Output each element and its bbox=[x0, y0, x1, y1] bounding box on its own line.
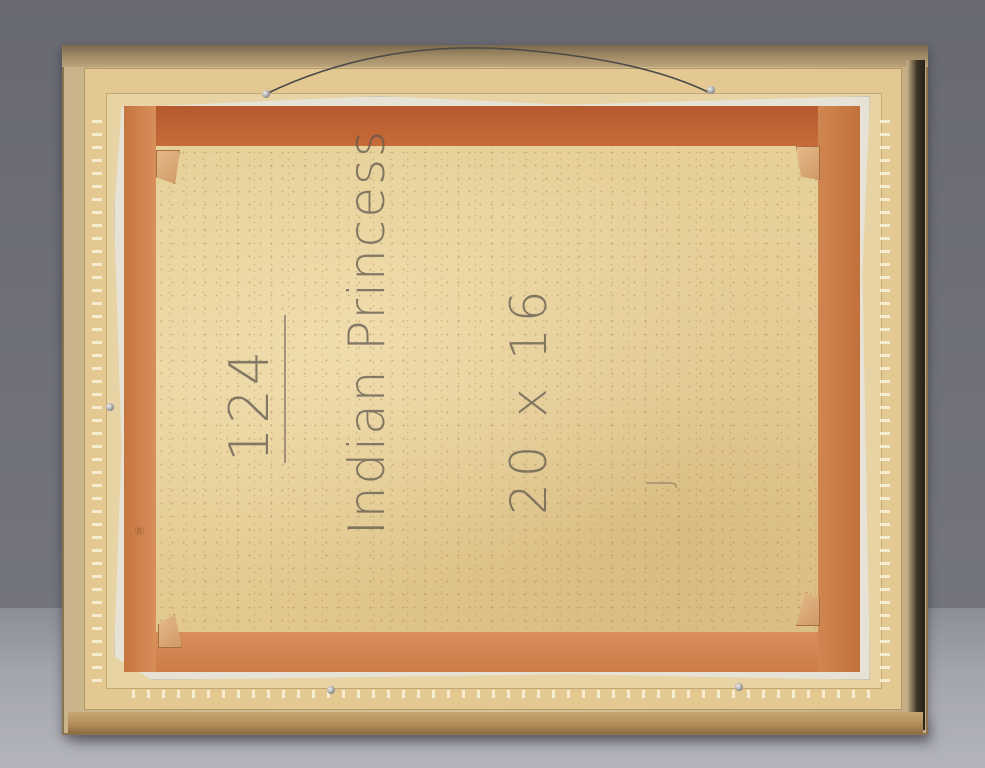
screw-bottom-right-icon bbox=[735, 683, 743, 691]
stretcher-stamp: Ⓦ bbox=[133, 526, 146, 535]
inscription-number: 124 bbox=[218, 347, 281, 462]
outer-frame-bottom-edge bbox=[68, 712, 923, 734]
inscription-size: 20 x 16 bbox=[500, 284, 558, 515]
stretcher-bar-top bbox=[124, 106, 836, 146]
outer-frame-right-edge bbox=[907, 60, 925, 730]
liner-ruler-marks-left bbox=[92, 110, 102, 690]
screw-bottom-left-icon bbox=[327, 686, 335, 694]
pencil-line bbox=[284, 315, 286, 463]
screw-eye-right-icon bbox=[707, 86, 715, 94]
stretcher-bar-left bbox=[124, 106, 156, 672]
screw-eye-left-icon bbox=[262, 90, 270, 98]
stretcher-bar-bottom bbox=[124, 632, 860, 672]
hanging-wire-icon bbox=[262, 46, 712, 106]
liner-ruler-marks-right bbox=[880, 110, 890, 690]
screw-left-icon bbox=[106, 403, 114, 411]
liner-ruler-marks-bottom bbox=[120, 690, 880, 698]
inscription-mark: J bbox=[640, 474, 680, 488]
stretcher-bar-right bbox=[818, 106, 860, 672]
inscription-title: Indian Princess bbox=[338, 129, 396, 535]
